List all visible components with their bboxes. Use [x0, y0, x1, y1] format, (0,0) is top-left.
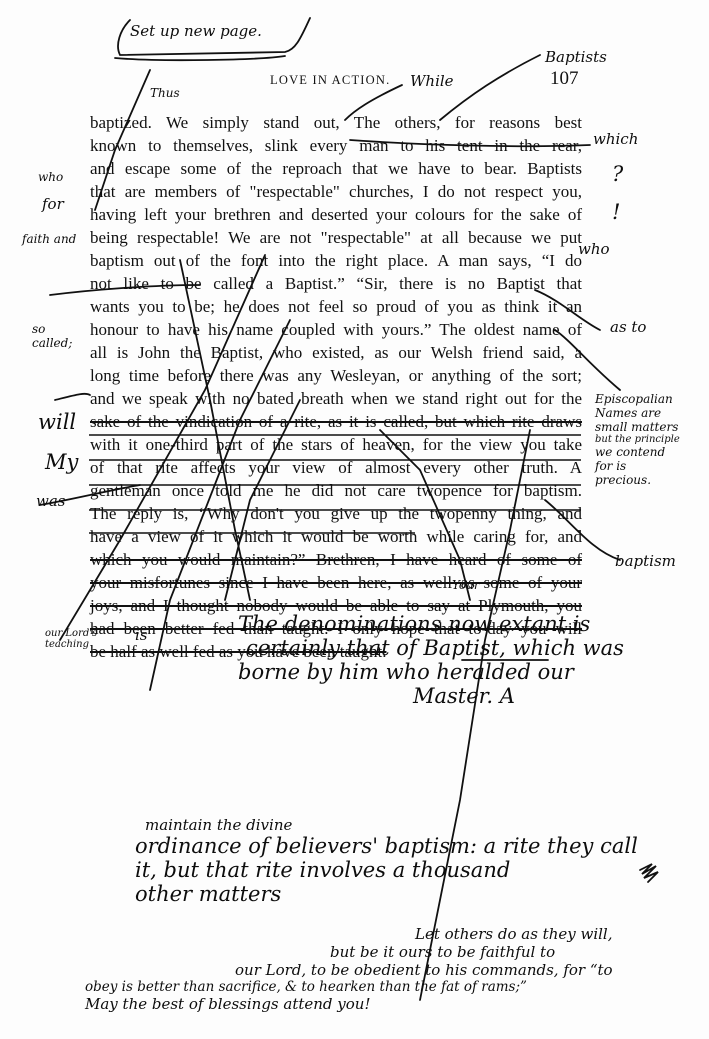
printed-line: baptized. We simply stand out, The other…: [90, 114, 582, 131]
printed-line: wants you to be; he does not feel so pro…: [90, 298, 582, 315]
printed-line: The reply is, “Why don't you give up the…: [90, 505, 582, 522]
printed-line: honour to have his name coupled with you…: [90, 321, 582, 338]
running-head: LOVE IN ACTION.: [270, 73, 390, 88]
closing-line: obey is better than sacrifice, & to hear…: [85, 979, 705, 995]
insert-line: ordinance of believers' baptism: a rite …: [135, 834, 638, 858]
printed-line: have a view of it which it would be wort…: [90, 528, 582, 545]
margin-note-faith-and: faith and: [22, 232, 76, 246]
printed-line-struck: sake of the vindication of a rite, as it…: [90, 413, 582, 430]
insert-line: it, but that rite involves a thousand: [135, 858, 638, 882]
closing-line: Let others do as they will,: [415, 925, 709, 943]
margin-note-who-left: who: [38, 170, 63, 184]
insert-line: borne by him who heralded our: [238, 660, 616, 684]
handwritten-insert-denominations: The denominations now extant is certainl…: [238, 612, 616, 708]
insert-line: The denominations now extant is: [238, 612, 616, 636]
insert-line: maintain the divine: [145, 816, 648, 834]
closing-line: our Lord, to be obedient to his commands…: [235, 961, 709, 979]
right-block-line: small matters: [595, 420, 705, 434]
margin-note-so-called: so called;: [32, 322, 82, 350]
page-number: 107: [550, 68, 579, 90]
margin-note-question: ?: [612, 162, 623, 186]
margin-note-baptists: Baptists: [545, 48, 607, 66]
scanned-page: Set up new page. LOVE IN ACTION. 107 Thu…: [0, 0, 709, 1039]
printed-line: being respectable! We are not "respectab…: [90, 229, 582, 246]
margin-note-exclaim: !: [612, 200, 620, 224]
closing-line: May the best of blessings attend you!: [85, 995, 705, 1013]
printed-line-struck: your misfortunes since I have been here,…: [90, 574, 582, 591]
margin-note-will: will: [38, 410, 76, 434]
right-block-line: Episcopalian: [595, 392, 705, 406]
handwritten-insert-ordinance: maintain the divine ordinance of believe…: [135, 816, 638, 906]
printed-line: with it one-third part of the stars of h…: [90, 436, 582, 453]
margin-note-who-right: who: [578, 240, 610, 258]
printed-line: and we speak with no bated breath when w…: [90, 390, 582, 407]
insert-line: other matters: [135, 882, 638, 906]
insert-line: Master. A: [413, 684, 709, 708]
right-margin-block: Episcopalian Names are small matters but…: [595, 392, 705, 487]
insert-line: certainly that of Baptist, which was: [246, 636, 624, 660]
right-block-line: for is: [595, 459, 705, 473]
margin-note-my: My: [45, 450, 78, 474]
printed-line-struck: which you would maintain?” Brethren, I h…: [90, 551, 582, 568]
right-block-line: we contend: [595, 445, 705, 459]
printed-line: that are members of "respectable" church…: [90, 183, 582, 200]
margin-note-baptism: baptism: [615, 552, 676, 570]
printed-line: all is John the Baptist, who existed, as…: [90, 344, 582, 361]
right-block-line: Names are: [595, 406, 705, 420]
printed-line: and escape some of the reproach that we …: [90, 160, 582, 177]
printed-line: gentleman once told me he did not care t…: [90, 482, 582, 499]
margin-note-which: which: [593, 130, 638, 148]
margin-note-while: While: [410, 72, 454, 90]
printed-line: known to themselves, slink every man to …: [90, 137, 582, 154]
right-block-line: precious.: [595, 473, 705, 487]
printed-line: having left your brethren and deserted y…: [90, 206, 582, 223]
margin-note-thus: Thus: [150, 86, 180, 100]
right-block-line: but the principle: [595, 434, 705, 445]
margin-note-as-to: as to: [610, 318, 646, 336]
printed-line: baptism out of the font into the right p…: [90, 252, 582, 269]
printed-line: not like to be called a Baptist.” “Sir, …: [90, 275, 582, 292]
setup-instruction-note: Set up new page.: [130, 22, 262, 40]
printed-line: of that rite affects your view of almost…: [90, 459, 582, 476]
printed-line: long time before there was any Wesleyan,…: [90, 367, 582, 384]
handwritten-closing-note: Let others do as they will, but be it ou…: [85, 925, 705, 1013]
margin-note-for: for: [42, 195, 64, 213]
closing-line: but be it ours to be faithful to: [330, 943, 709, 961]
margin-note-was: was: [36, 492, 65, 510]
